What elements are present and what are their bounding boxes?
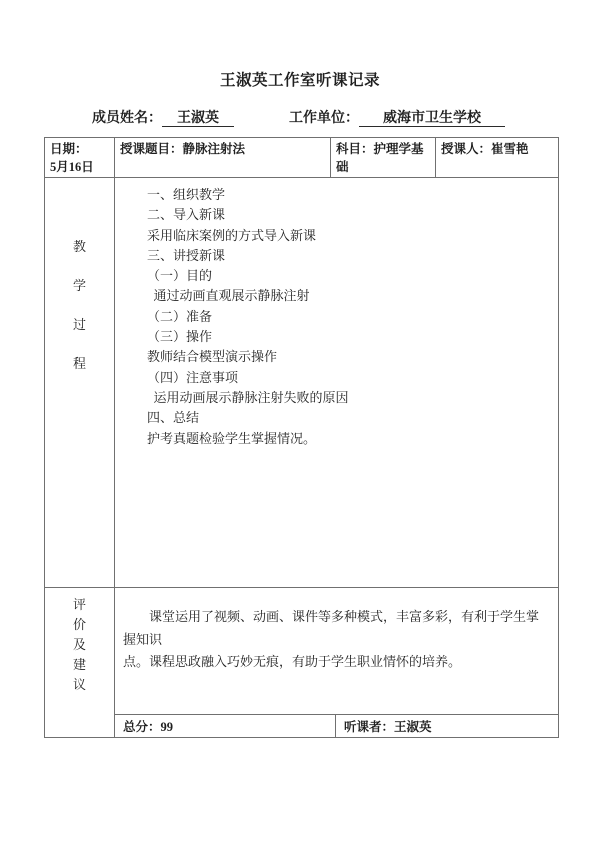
lecturer-cell: 授课人：崔雪艳: [435, 138, 558, 177]
total-score-value: 99: [161, 720, 174, 734]
total-score-label: 总分：: [123, 720, 161, 734]
evaluation-line: 点。课程思政融入巧妙无痕，有助于学生职业情怀的培养。: [123, 651, 549, 674]
evaluation-content: 课堂运用了视频、动画、课件等多种模式，丰富多彩，有利于学生掌握知识点。课程思政融…: [114, 587, 558, 714]
lecture-topic-cell: 授课题目：静脉注射法: [114, 138, 330, 177]
page-title: 王淑英工作室听课记录: [0, 68, 600, 90]
date-value: 5月16日: [50, 158, 109, 176]
process-line: （一）目的: [147, 266, 550, 286]
vertical-label-char: 议: [73, 678, 86, 691]
process-line: 一、组织教学: [147, 185, 550, 205]
process-line: （四）注意事项: [147, 368, 550, 388]
member-info-line: 成员姓名：王淑英工作单位：威海市卫生学校: [92, 107, 505, 127]
date-label: 日期：: [50, 140, 109, 158]
process-line: 护考真题检验学生掌握情况。: [147, 429, 550, 449]
teaching-process-content: 一、组织教学二、导入新课采用临床案例的方式导入新课三、讲授新课（一）目的 通过动…: [114, 177, 558, 587]
member-name-value: 王淑英: [162, 107, 234, 127]
vertical-label-char: 评: [73, 598, 86, 611]
lecture-topic-value: 静脉注射法: [183, 142, 246, 156]
record-table: 日期： 5月16日 授课题目：静脉注射法 科目：护理学基础 授课人：崔雪艳 教学…: [44, 137, 559, 738]
process-line: 二、导入新课: [147, 205, 550, 225]
vertical-label-char: 及: [73, 638, 86, 651]
process-line: 三、讲授新课: [147, 246, 550, 266]
evaluation-row-label: 评价及建议: [45, 587, 114, 737]
lecturer-value: 崔雪艳: [491, 142, 529, 156]
process-line: （三）操作: [147, 327, 550, 347]
work-unit-value: 威海市卫生学校: [359, 107, 505, 127]
subject-label: 科目：: [336, 142, 374, 156]
total-score-cell: 总分：99: [114, 714, 335, 737]
lecturer-label: 授课人：: [441, 142, 491, 156]
process-line: 四、总结: [147, 408, 550, 428]
vertical-label-char: 建: [73, 658, 86, 671]
listener-cell: 听课者：王淑英: [335, 714, 558, 737]
listener-label: 听课者：: [344, 720, 394, 734]
process-line: 教师结合模型演示操作: [147, 347, 550, 367]
work-unit-label: 工作单位：: [289, 111, 359, 126]
process-line: 运用动画展示静脉注射失败的原因: [147, 388, 550, 408]
process-line: 通过动画直观展示静脉注射: [147, 286, 550, 306]
subject-cell: 科目：护理学基础: [330, 138, 435, 177]
date-cell: 日期： 5月16日: [45, 138, 114, 177]
vertical-label-char: 程: [73, 357, 86, 370]
process-line: 采用临床案例的方式导入新课: [147, 226, 550, 246]
listener-value: 王淑英: [394, 720, 432, 734]
evaluation-line: 课堂运用了视频、动画、课件等多种模式，丰富多彩，有利于学生掌握知识: [123, 606, 549, 651]
lecture-topic-label: 授课题目：: [120, 142, 183, 156]
process-line: （二）准备: [147, 307, 550, 327]
teaching-process-row-label: 教学过程: [45, 177, 114, 587]
vertical-label-char: 过: [73, 318, 86, 331]
vertical-label-char: 价: [73, 618, 86, 631]
member-name-label: 成员姓名：: [92, 111, 162, 126]
vertical-label-char: 学: [73, 279, 86, 292]
vertical-label-char: 教: [73, 240, 86, 253]
document-page: 王淑英工作室听课记录 成员姓名：王淑英工作单位：威海市卫生学校 日期： 5月16…: [0, 0, 600, 849]
